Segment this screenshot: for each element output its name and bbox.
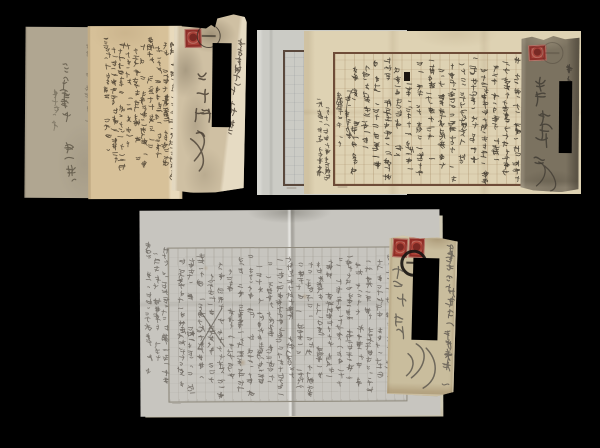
redaction-bar [411, 258, 439, 341]
envelope [520, 36, 579, 192]
letter-set-top-right [257, 30, 579, 195]
ink-blot [404, 72, 410, 81]
manuscript-grid-frame [333, 52, 527, 186]
folded-letter-sheet-front [88, 26, 183, 199]
manuscript-grid-frame [168, 246, 408, 402]
photograph-of-letters [0, 0, 600, 448]
redaction-bar [559, 81, 573, 153]
envelope [385, 235, 458, 397]
handwriting [88, 26, 183, 199]
redaction-bar [212, 43, 232, 127]
letter-set-bottom [140, 210, 456, 418]
envelope-address-handwriting [171, 13, 247, 194]
envelope [171, 13, 247, 194]
letter-set-top-left [25, 11, 246, 197]
